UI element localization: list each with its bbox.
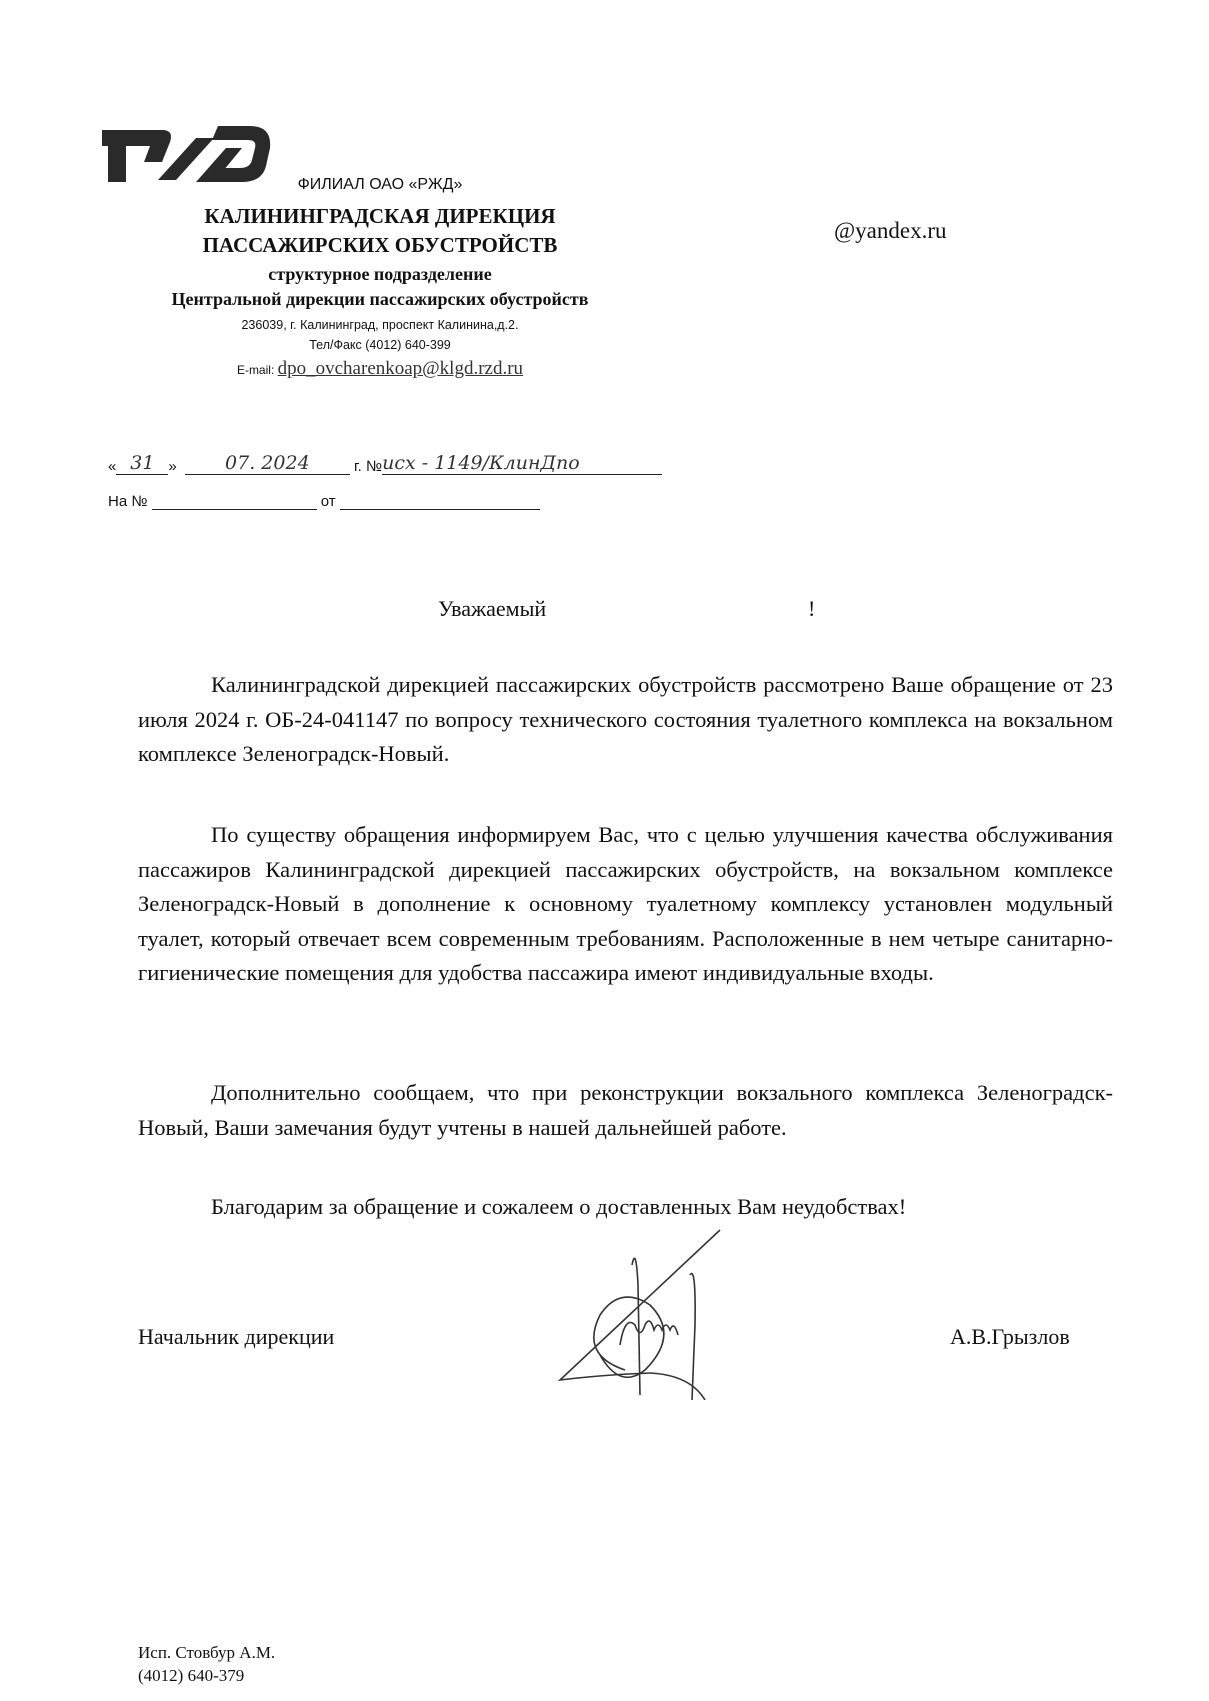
reply-to-label: На №	[108, 493, 147, 510]
reply-to-registration: На № от	[108, 493, 540, 510]
rzd-logo	[100, 122, 280, 184]
close-quote: »	[168, 458, 176, 475]
signature-icon	[540, 1225, 740, 1400]
paragraph-text: Благодарим за обращение и сожалеем о дос…	[138, 1190, 1113, 1225]
org-phone: Тел/Факс (4012) 640-399	[110, 338, 650, 352]
salutation: Уважаемый	[438, 596, 546, 622]
subdivision-line2: Центральной дирекции пассажирских обустр…	[110, 289, 650, 310]
rzd-logo-icon	[100, 122, 280, 184]
reply-to-number	[152, 493, 317, 510]
paragraph-text: Дополнительно сообщаем, что при реконстр…	[138, 1076, 1113, 1145]
org-name-line2: ПАССАЖИРСКИХ ОБУСТРОЙСТВ	[110, 233, 650, 258]
outgoing-registration: «31» 07. 2024 г. №исх - 1149/КлинДпо	[108, 452, 662, 475]
signatory-position: Начальник дирекции	[138, 1324, 334, 1350]
letter-paragraph-3: Дополнительно сообщаем, что при реконстр…	[138, 1076, 1113, 1145]
paragraph-text: По существу обращения информируем Вас, ч…	[138, 818, 1113, 991]
letter-paragraph-4: Благодарим за обращение и сожалеем о дос…	[138, 1190, 1113, 1225]
handwritten-signature	[540, 1225, 740, 1400]
reply-to-date	[340, 493, 540, 510]
letter-paragraph-1: Калининградской дирекцией пассажирских о…	[138, 668, 1113, 772]
org-email-row: E-mail: dpo_ovcharenkoap@klgd.rzd.ru	[110, 358, 650, 380]
email-label: E-mail:	[237, 363, 274, 377]
paragraph-text: Калининградской дирекцией пассажирских о…	[138, 668, 1113, 772]
executor-name: Исп. Стовбур А.М.	[138, 1641, 275, 1664]
org-name-line1: КАЛИНИНГРАДСКАЯ ДИРЕКЦИЯ	[110, 204, 650, 229]
subdivision-line1: структурное подразделение	[110, 264, 650, 285]
org-address: 236039, г. Калининград, проспект Калинин…	[110, 318, 650, 332]
from-label: от	[321, 493, 336, 510]
reg-number: исх - 1149/КлинДпо	[382, 452, 662, 475]
recipient-email: @yandex.ru	[834, 218, 947, 244]
salutation-end: !	[808, 596, 815, 622]
number-label: №	[366, 458, 382, 475]
reg-day: 31	[116, 452, 168, 475]
signatory-name: А.В.Грызлов	[950, 1324, 1070, 1350]
year-suffix: г.	[354, 458, 362, 475]
letter-paragraph-2: По существу обращения информируем Вас, ч…	[138, 818, 1113, 991]
open-quote: «	[108, 458, 116, 475]
executor-info: Исп. Стовбур А.М. (4012) 640-379	[138, 1641, 275, 1687]
branch-label: ФИЛИАЛ ОАО «РЖД»	[110, 176, 650, 194]
executor-phone: (4012) 640-379	[138, 1664, 275, 1687]
reg-month-year: 07. 2024	[185, 452, 350, 475]
org-email-link[interactable]: dpo_ovcharenkoap@klgd.rzd.ru	[278, 358, 523, 379]
